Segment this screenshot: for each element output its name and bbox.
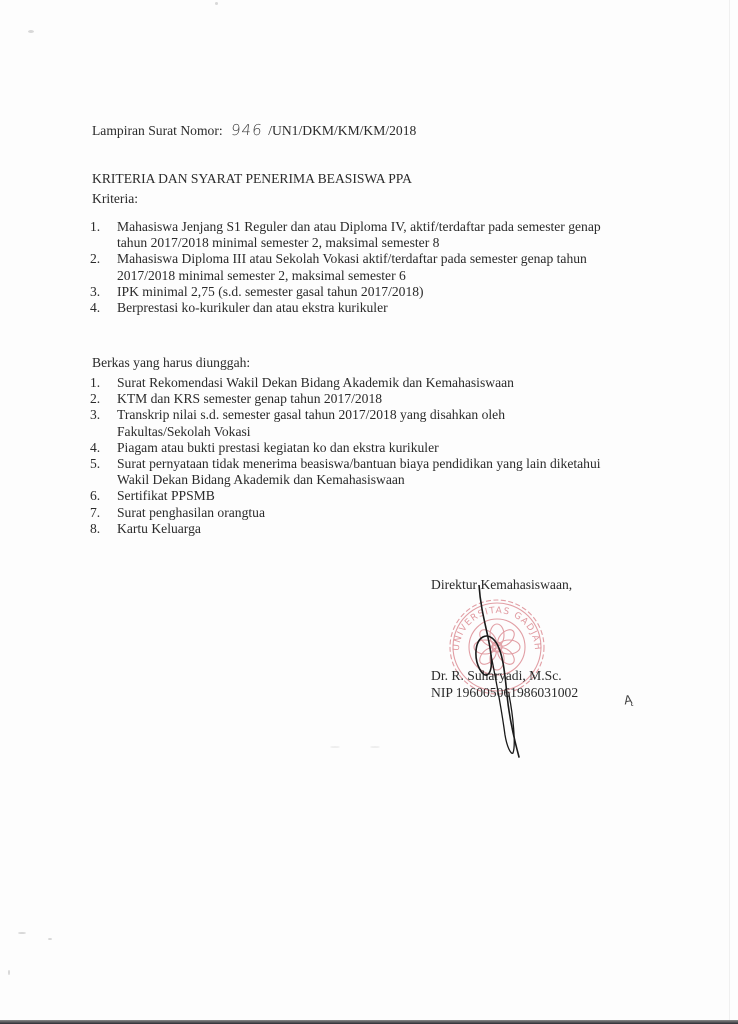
handwritten-letter-number: 946 (230, 122, 263, 139)
item-text: Sertifikat PPSMB (117, 488, 215, 503)
item-text: IPK minimal 2,75 (s.d. semester gasal ta… (117, 284, 424, 299)
scan-speck (28, 30, 34, 33)
item-number: 5. (90, 456, 100, 472)
item-text: Surat pernyataan tidak menerima beasiswa… (117, 456, 601, 487)
letter-reference: Lampiran Surat Nomor:946/UN1/DKM/KM/KM/2… (92, 122, 416, 140)
item-text: Transkrip nilai s.d. semester gasal tahu… (117, 407, 505, 438)
item-text: KTM dan KRS semester genap tahun 2017/20… (117, 391, 382, 406)
files-list: 1.Surat Rekomendasi Wakil Dekan Bidang A… (90, 375, 617, 537)
item-text: Surat Rekomendasi Wakil Dekan Bidang Aka… (117, 375, 514, 390)
item-text: Piagam atau bukti prestasi kegiatan ko d… (117, 440, 439, 455)
list-item: 1.Surat Rekomendasi Wakil Dekan Bidang A… (90, 375, 617, 391)
list-item: 3.Transkrip nilai s.d. semester gasal ta… (90, 407, 507, 439)
list-item: 4.Berprestasi ko-kurikuler dan atau ekst… (90, 300, 617, 316)
item-number: 3. (90, 284, 100, 300)
item-number: 2. (90, 251, 100, 267)
item-text: Kartu Keluarga (117, 521, 201, 536)
scan-speck (18, 932, 26, 934)
scan-speck (8, 970, 10, 975)
document-title: KRITERIA DAN SYARAT PENERIMA BEASISWA PP… (92, 171, 412, 188)
reference-suffix: /UN1/DKM/KM/KM/2018 (268, 123, 416, 138)
criteria-list: 1.Mahasiswa Jenjang S1 Reguler dan atau … (90, 219, 617, 316)
item-text: Surat penghasilan orangtua (117, 505, 265, 520)
item-number: 3. (90, 407, 100, 423)
list-item: 3.IPK minimal 2,75 (s.d. semester gasal … (90, 284, 617, 300)
list-item: 4.Piagam atau bukti prestasi kegiatan ko… (90, 440, 617, 456)
list-item: 6.Sertifikat PPSMB (90, 488, 617, 504)
scan-speck (370, 746, 380, 748)
scan-speck (330, 746, 340, 748)
initial-mark: Ą (623, 692, 633, 707)
item-number: 7. (90, 505, 100, 521)
scan-edge (0, 1020, 738, 1024)
list-item: 7.Surat penghasilan orangtua (90, 505, 617, 521)
item-text: Berprestasi ko-kurikuler dan atau ekstra… (117, 300, 388, 315)
scan-edge (729, 0, 730, 1020)
item-number: 1. (90, 219, 100, 235)
scan-speck (215, 2, 218, 5)
item-number: 2. (90, 391, 100, 407)
item-number: 8. (90, 521, 100, 537)
list-item: 8.Kartu Keluarga (90, 521, 617, 537)
list-item: 5.Surat pernyataan tidak menerima beasis… (90, 456, 617, 488)
signature-ink (461, 585, 541, 760)
reference-prefix: Lampiran Surat Nomor: (92, 123, 223, 138)
item-text: Mahasiswa Jenjang S1 Reguler dan atau Di… (117, 219, 601, 250)
item-number: 4. (90, 300, 100, 316)
scan-speck (48, 938, 52, 940)
list-item: 2.KTM dan KRS semester genap tahun 2017/… (90, 391, 617, 407)
files-heading: Berkas yang harus diunggah: (92, 355, 250, 372)
item-number: 1. (90, 375, 100, 391)
item-text: Mahasiswa Diploma III atau Sekolah Vokas… (117, 251, 587, 282)
criteria-heading: Kriteria: (92, 191, 138, 208)
signature-block: Direktur Kemahasiswaan, U (431, 577, 651, 757)
item-number: 4. (90, 440, 100, 456)
list-item: 1.Mahasiswa Jenjang S1 Reguler dan atau … (90, 219, 617, 251)
scanned-page: Lampiran Surat Nomor:946/UN1/DKM/KM/KM/2… (0, 0, 738, 1024)
list-item: 2.Mahasiswa Diploma III atau Sekolah Vok… (90, 251, 617, 283)
item-number: 6. (90, 488, 100, 504)
